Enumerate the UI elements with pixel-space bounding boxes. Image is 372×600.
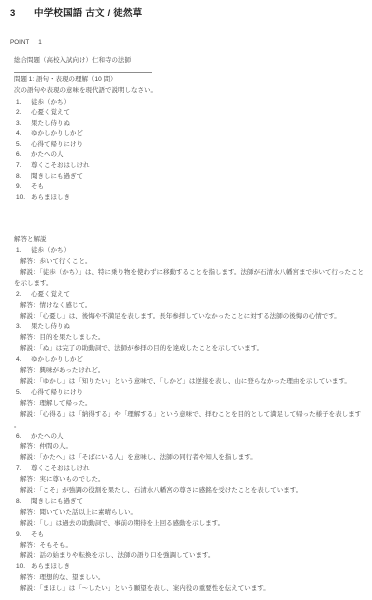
answer-label: 解答： [20, 476, 40, 483]
term-item: 6.かたへの人 [14, 150, 366, 161]
explanation-text: 「まほし」は「〜したい」という願望を表し、案内役の重要性を伝えています。 [40, 585, 270, 592]
answer-term-row: 7.尊くこそおはしけれ [14, 464, 366, 475]
page-title: 中学校国語 古文 / 徒然草 [34, 8, 142, 20]
term-text: かたへの人 [31, 432, 64, 443]
term-number: 8. [16, 172, 31, 183]
explanation-text: 「心憂し」は、後悔や不満足を表します。長年参拝していなかったことに対する法師の後… [40, 313, 341, 320]
term-text: 聞きしにも過ぎて [31, 497, 83, 508]
term-number: 5. [16, 140, 31, 151]
term-number: 7. [16, 464, 31, 475]
answer-term-row: 1.徒歩（かち） [14, 246, 366, 257]
explanation-line: 解説：「徒歩（かち）」は、特に乗り物を使わずに移動することを指します。法師が石清… [14, 268, 366, 290]
explanation-text: 「心得る」は「納得する」や「理解する」という意味で、拝むことを目的として満足して… [14, 411, 361, 429]
explanation-text: 「徒歩（かち）」は、特に乗り物を使わずに移動することを指します。法師が石清水八幡… [14, 269, 364, 287]
term-item: 1.徒歩（かち） [14, 98, 366, 109]
document-body: 総合問題（高校入試向け）仁和寺の法師 問題 1: 語句・表現の理解（10 問） … [14, 56, 366, 595]
terms-list: 1.徒歩（かち） 2.心憂く覚えて 3.果たし侍りぬ 4.ゆかしかりしかど 5.… [14, 98, 366, 203]
explanation-line: 解説：話の始まりや転換を示し、法師の語り口を強調しています。 [14, 551, 366, 562]
doc-header: 3 中学校国語 古文 / 徒然草 [10, 8, 366, 20]
term-item: 2.心憂く覚えて [14, 108, 366, 119]
answer-term-row: 2.心憂く覚えて [14, 290, 366, 301]
explanation-line: 解説：「ゆかし」は「知りたい」という意味で、「しかど」は逆接を表し、山に登らなか… [14, 377, 366, 388]
term-item: 4.ゆかしかりしかど [14, 129, 366, 140]
answer-label: 解答： [20, 258, 40, 265]
answer-item: 10.あらまほしき 解答：理想的な、望ましい。 解説：「まほし」は「〜したい」と… [14, 562, 366, 595]
term-number: 1. [16, 246, 31, 257]
term-text: 徒歩（かち） [31, 98, 70, 109]
term-text: 心憂く覚えて [31, 108, 70, 119]
explanation-label: 解説： [20, 454, 40, 461]
answer-text: 興味があったけれど。 [40, 367, 105, 374]
answer-term-row: 5.心得て帰りにけり [14, 388, 366, 399]
explanation-label: 解説： [20, 552, 40, 559]
term-number: 4. [16, 129, 31, 140]
term-item: 9.そも [14, 182, 366, 193]
answer-text: 理解して帰った。 [40, 400, 92, 407]
term-text: 聞きしにも過ぎて [31, 172, 83, 183]
answer-label: 解答： [20, 367, 40, 374]
term-number: 9. [16, 182, 31, 193]
explanation-label: 解説： [20, 520, 40, 527]
explanation-text: 「ぬ」は完了の助動詞で、法師が参拝の目的を達成したことを示しています。 [40, 345, 264, 352]
answer-item: 6.かたへの人 解答：仲間の人。 解説：「かたへ」は「そばにいる人」を意味し、法… [14, 432, 366, 465]
answer-label: 解答： [20, 542, 40, 549]
answer-text: 理想的な、望ましい。 [40, 574, 105, 581]
term-item: 3.果たし侍りぬ [14, 119, 366, 130]
answer-item: 7.尊くこそおはしけれ 解答：実に尊いものでした。 解説：「こそ」が強調の役割を… [14, 464, 366, 497]
explanation-line: 解説：「し」は過去の助動詞で、事前の期待を上回る感動を示します。 [14, 519, 366, 530]
answer-term-row: 9.そも [14, 530, 366, 541]
answer-label: 解答： [20, 509, 40, 516]
term-item: 10.あらまほしき [14, 193, 366, 204]
explanation-line: 解説：「ぬ」は完了の助動詞で、法師が参拝の目的を達成したことを示しています。 [14, 344, 366, 355]
answer-item: 5.心得て帰りにけり 解答：理解して帰った。 解説：「心得る」は「納得する」や「… [14, 388, 366, 432]
explanation-text: 「ゆかし」は「知りたい」という意味で、「しかど」は逆接を表し、山に登らなかった理… [40, 378, 351, 385]
term-number: 10. [16, 193, 31, 204]
term-text: 心得て帰りにけり [31, 140, 83, 151]
answer-text: 歩いて行くこと。 [40, 258, 92, 265]
term-item: 8.聞きしにも過ぎて [14, 172, 366, 183]
explanation-text: 「し」は過去の助動詞で、事前の期待を上回る感動を示します。 [40, 520, 225, 527]
term-text: ゆかしかりしかど [31, 355, 83, 366]
answer-term-row: 4.ゆかしかりしかど [14, 355, 366, 366]
explanation-label: 解説： [20, 269, 40, 276]
problem-heading: 問題 1: 語句・表現の理解（10 問） [14, 75, 366, 86]
document-page: 3 中学校国語 古文 / 徒然草 POINT1 総合問題（高校入試向け）仁和寺の… [0, 0, 372, 600]
divider [14, 72, 152, 73]
answer-item: 8.聞きしにも過ぎて 解答：聞いていた話以上に素晴らしい。 解説：「し」は過去の… [14, 497, 366, 530]
point-line: POINT1 [10, 39, 366, 47]
explanation-line: 解説：「こそ」が強調の役割を果たし、石清水八幡宮の尊さに感銘を受けたことを表して… [14, 486, 366, 497]
answer-item: 3.果たし侍りぬ 解答：目的を果たしました。 解説：「ぬ」は完了の助動詞で、法師… [14, 322, 366, 355]
term-text: 心得て帰りにけり [31, 388, 83, 399]
answer-line: 解答：興味があったけれど。 [14, 366, 366, 377]
doc-number: 3 [10, 8, 34, 20]
term-text: そも [31, 530, 44, 541]
explanation-label: 解説： [20, 313, 40, 320]
term-item: 7.尊くこそおはしけれ [14, 161, 366, 172]
answer-text: 仲間の人。 [40, 443, 73, 450]
explanation-label: 解説： [20, 411, 40, 418]
answer-term-row: 8.聞きしにも過ぎて [14, 497, 366, 508]
term-number: 4. [16, 355, 31, 366]
term-text: そも [31, 182, 44, 193]
term-number: 2. [16, 108, 31, 119]
explanation-text: 「かたへ」は「そばにいる人」を意味し、法師の同行者や知人を指します。 [40, 454, 257, 461]
explanation-label: 解説： [20, 585, 40, 592]
explanation-text: 「こそ」が強調の役割を果たし、石清水八幡宮の尊さに感銘を受けたことを表しています… [40, 487, 303, 494]
term-number: 6. [16, 432, 31, 443]
answer-term-row: 10.あらまほしき [14, 562, 366, 573]
answer-line: 解答：理想的な、望ましい。 [14, 573, 366, 584]
answer-label: 解答： [20, 302, 40, 309]
explanation-line: 解説：「心憂し」は、後悔や不満足を表します。長年参拝していなかったことに対する法… [14, 312, 366, 323]
answer-item: 4.ゆかしかりしかど 解答：興味があったけれど。 解説：「ゆかし」は「知りたい」… [14, 355, 366, 388]
term-number: 3. [16, 322, 31, 333]
term-text: あらまほしき [31, 562, 70, 573]
answer-line: 解答：目的を果たしました。 [14, 333, 366, 344]
term-number: 10. [16, 562, 31, 573]
instruction-text: 次の語句や表現の意味を現代語で説明しなさい。 [14, 86, 366, 97]
term-number: 7. [16, 161, 31, 172]
term-text: あらまほしき [31, 193, 70, 204]
answers-heading: 解答と解説 [14, 235, 366, 246]
answer-line: 解答：実に尊いものでした。 [14, 475, 366, 486]
answer-label: 解答： [20, 400, 40, 407]
explanation-line: 解説：「かたへ」は「そばにいる人」を意味し、法師の同行者や知人を指します。 [14, 453, 366, 464]
term-number: 5. [16, 388, 31, 399]
term-number: 6. [16, 150, 31, 161]
answer-text: 聞いていた話以上に素晴らしい。 [40, 509, 138, 516]
answer-line: 解答：理解して帰った。 [14, 399, 366, 410]
term-number: 1. [16, 98, 31, 109]
answer-label: 解答： [20, 574, 40, 581]
term-number: 2. [16, 290, 31, 301]
explanation-text: 話の始まりや転換を示し、法師の語り口を強調しています。 [40, 552, 215, 559]
explanation-label: 解説： [20, 378, 40, 385]
explanation-label: 解説： [20, 345, 40, 352]
answer-text: 情けなく感じて。 [40, 302, 92, 309]
term-text: かたへの人 [31, 150, 64, 161]
answer-label: 解答： [20, 443, 40, 450]
term-text: 尊くこそおはしけれ [31, 464, 90, 475]
answer-term-row: 3.果たし侍りぬ [14, 322, 366, 333]
explanation-label: 解説： [20, 487, 40, 494]
answer-text: 目的を果たしました。 [40, 334, 105, 341]
term-text: ゆかしかりしかど [31, 129, 83, 140]
answer-label: 解答： [20, 334, 40, 341]
term-number: 8. [16, 497, 31, 508]
answer-term-row: 6.かたへの人 [14, 432, 366, 443]
answer-item: 9.そも 解答：そもそも。 解説：話の始まりや転換を示し、法師の語り口を強調して… [14, 530, 366, 563]
explanation-line: 解説：「心得る」は「納得する」や「理解する」という意味で、拝むことを目的として満… [14, 410, 366, 432]
term-number: 3. [16, 119, 31, 130]
answer-item: 1.徒歩（かち） 解答：歩いて行くこと。 解説：「徒歩（かち）」は、特に乗り物を… [14, 246, 366, 290]
term-text: 心憂く覚えて [31, 290, 70, 301]
answers-section: 1.徒歩（かち） 解答：歩いて行くこと。 解説：「徒歩（かち）」は、特に乗り物を… [14, 246, 366, 595]
answer-text: そもそも。 [40, 542, 73, 549]
term-text: 徒歩（かち） [31, 246, 70, 257]
answer-text: 実に尊いものでした。 [40, 476, 105, 483]
point-number: 1 [38, 39, 42, 46]
explanation-line: 解説：「まほし」は「〜したい」という願望を表し、案内役の重要性を伝えています。 [14, 584, 366, 595]
term-text: 果たし侍りぬ [31, 322, 70, 333]
section-subtitle: 総合問題（高校入試向け）仁和寺の法師 [14, 56, 366, 67]
term-text: 果たし侍りぬ [31, 119, 70, 130]
point-label: POINT [10, 39, 29, 46]
answer-item: 2.心憂く覚えて 解答：情けなく感じて。 解説：「心憂し」は、後悔や不満足を表し… [14, 290, 366, 323]
term-number: 9. [16, 530, 31, 541]
answer-line: 解答：聞いていた話以上に素晴らしい。 [14, 508, 366, 519]
answer-line: 解答：そもそも。 [14, 541, 366, 552]
answer-line: 解答：仲間の人。 [14, 442, 366, 453]
term-text: 尊くこそおはしけれ [31, 161, 90, 172]
term-item: 5.心得て帰りにけり [14, 140, 366, 151]
answer-line: 解答：歩いて行くこと。 [14, 257, 366, 268]
answer-line: 解答：情けなく感じて。 [14, 301, 366, 312]
